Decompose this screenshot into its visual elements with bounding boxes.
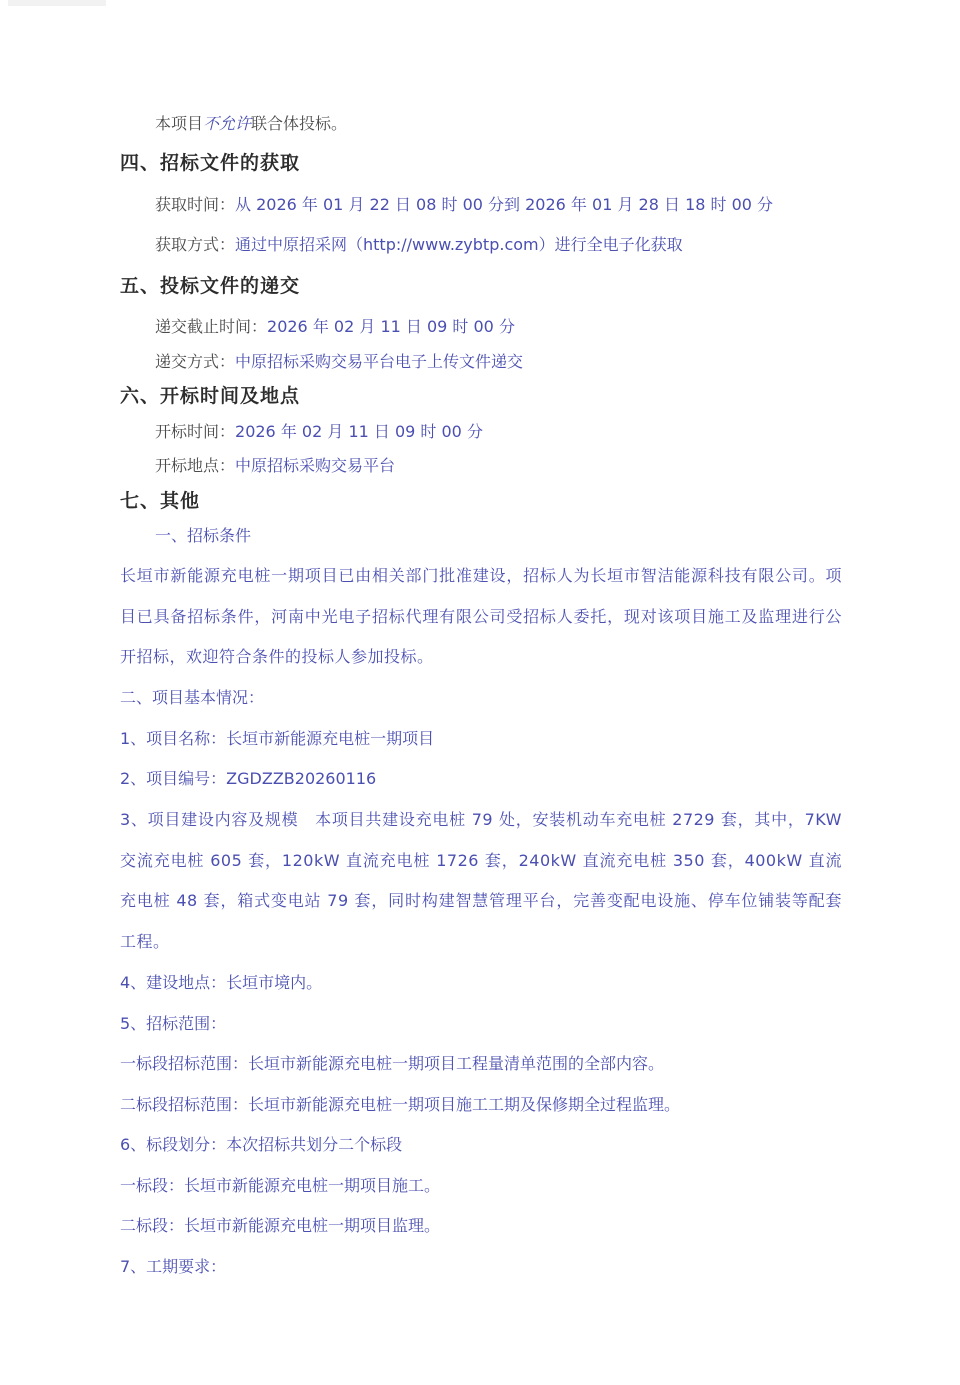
tender-scope-item: 5、招标范围： — [120, 1014, 226, 1034]
section-heading-other: 七、其他 — [120, 491, 200, 511]
lot2-scope-item: 二标段招标范围：长垣市新能源充电桩一期项目施工工期及保修期全过程监理。 — [120, 1095, 680, 1115]
subheading-tender-conditions: 一、招标条件 — [155, 526, 251, 546]
submission-deadline-row: 递交截止时间：2026 年 02 月 11 日 09 时 00 分 — [155, 317, 515, 337]
section-heading-submission: 五、投标文件的递交 — [120, 276, 300, 296]
construction-location-item: 4、建设地点：长垣市境内。 — [120, 973, 322, 993]
submission-method-row: 递交方式：中原招标采购交易平台电子上传文件递交 — [155, 352, 523, 372]
consortium-emphasis: 不允许 — [203, 114, 251, 133]
bid-opening-time-row: 开标时间：2026 年 02 月 11 日 09 时 00 分 — [155, 422, 483, 442]
project-number-item: 2、项目编号：ZGDZZB20260116 — [120, 769, 376, 789]
obtain-time-row: 获取时间：从 2026 年 01 月 22 日 08 时 00 分到 2026 … — [155, 195, 773, 215]
lot1-scope-item: 一标段招标范围：长垣市新能源充电桩一期项目工程量清单范围的全部内容。 — [120, 1054, 664, 1074]
consortium-statement: 本项目不允许联合体投标。 — [155, 114, 347, 134]
obtain-method-link-text: 通过中原招采网（http://www.zybtp.com）进行全电子化获取 — [235, 235, 683, 254]
subheading-project-basics: 二、项目基本情况： — [120, 688, 264, 708]
tender-conditions-paragraph: 长垣市新能源充电桩一期项目已由相关部门批准建设，招标人为长垣市智洁能源科技有限公… — [120, 556, 842, 678]
section-heading-obtain-documents: 四、招标文件的获取 — [120, 153, 300, 173]
page-edge-artifact — [8, 0, 106, 6]
lot2-item: 二标段：长垣市新能源充电桩一期项目监理。 — [120, 1216, 440, 1236]
section-heading-bid-opening: 六、开标时间及地点 — [120, 386, 300, 406]
project-name-item: 1、项目名称：长垣市新能源充电桩一期项目 — [120, 729, 434, 749]
lot-division-item: 6、标段划分：本次招标共划分二个标段 — [120, 1135, 402, 1155]
project-scope-paragraph: 3、项目建设内容及规模 本项目共建设充电桩 79 处，安装机动车充电桩 2729… — [120, 800, 842, 962]
lot1-item: 一标段：长垣市新能源充电桩一期项目施工。 — [120, 1176, 440, 1196]
bid-opening-place-row: 开标地点：中原招标采购交易平台 — [155, 456, 395, 476]
obtain-method-row: 获取方式：通过中原招采网（http://www.zybtp.com）进行全电子化… — [155, 235, 683, 255]
duration-requirement-item: 7、工期要求： — [120, 1257, 226, 1277]
